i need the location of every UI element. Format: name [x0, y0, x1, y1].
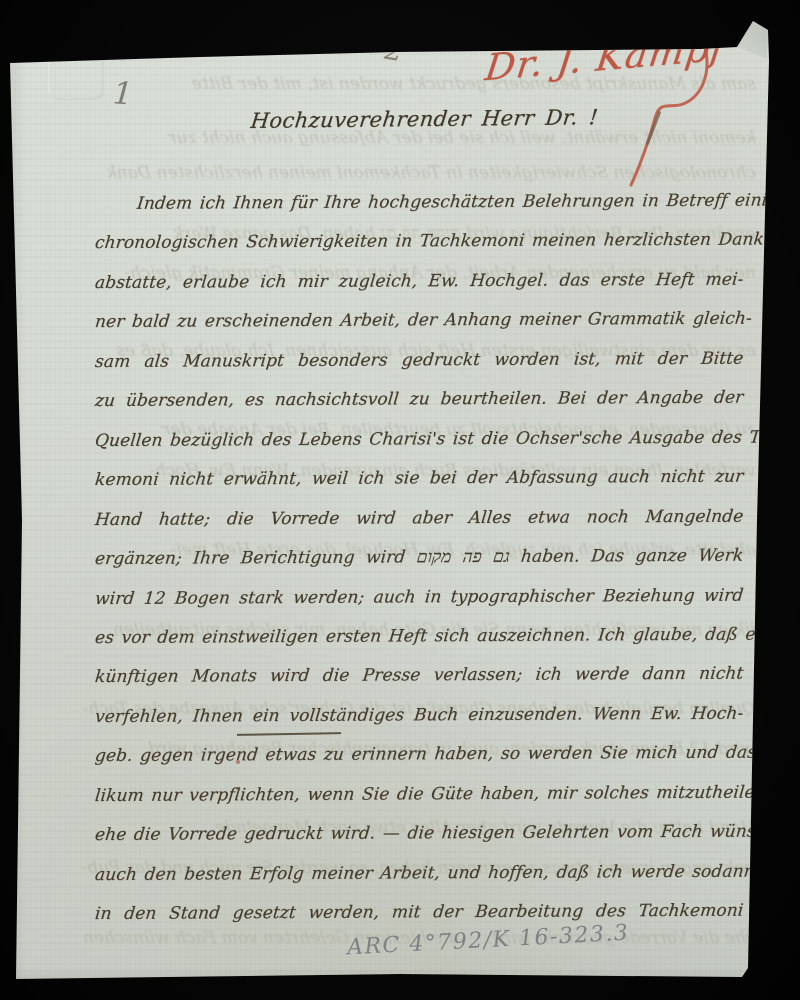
letter-paper: sam als Manuskript besonders gedruckt wo…	[0, 0, 800, 1000]
scan-background: sam als Manuskript besonders gedruckt wo…	[0, 0, 800, 1000]
ink-dot	[766, 936, 771, 941]
blue-pencil-mark	[417, 23, 439, 27]
paper-shading	[0, 0, 800, 1000]
